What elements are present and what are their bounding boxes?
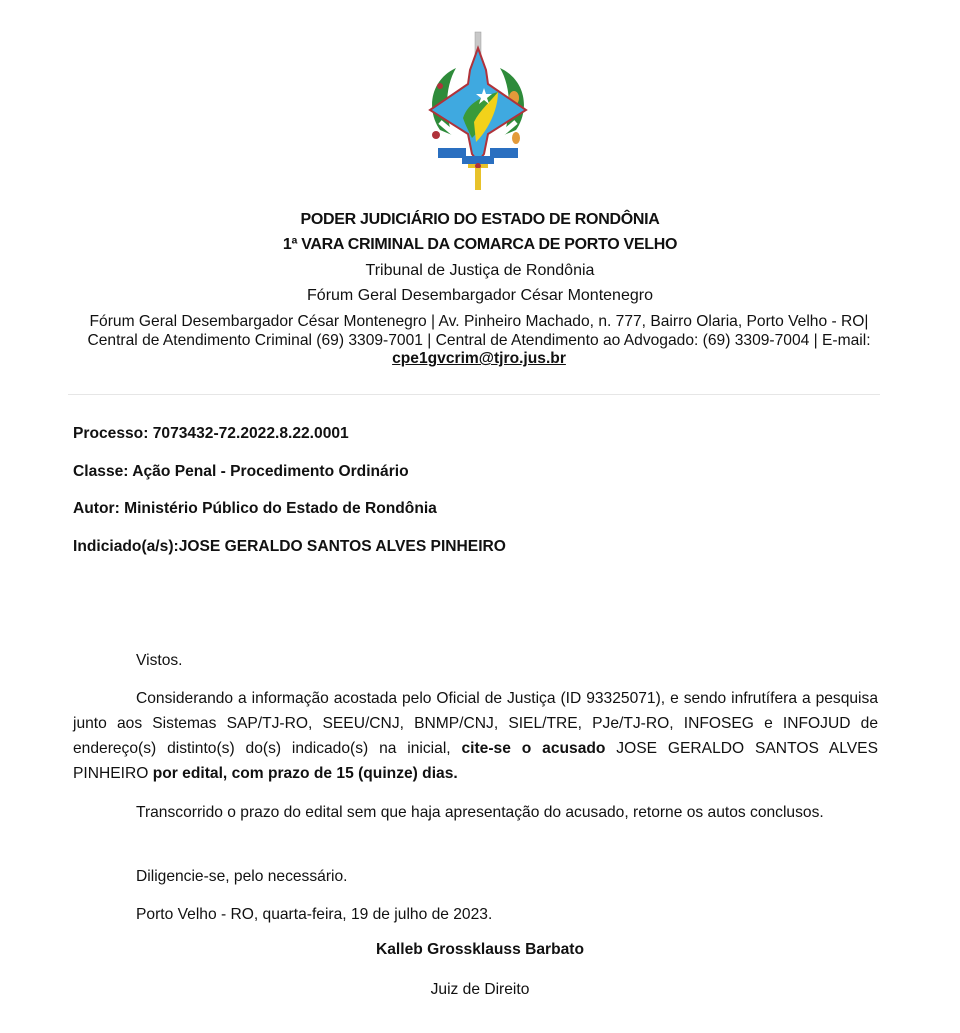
address-text: Fórum Geral Desembargador César Monteneg… [87, 313, 870, 349]
rondonia-coat-of-arms-icon [418, 30, 538, 195]
case-number: Processo: 7073432-72.2022.8.22.0001 [73, 425, 349, 443]
court-address: Fórum Geral Desembargador César Monteneg… [76, 313, 882, 369]
case-author: Autor: Ministério Público do Estado de R… [73, 500, 437, 518]
header-divider [68, 394, 880, 395]
judge-name: Kalleb Grossklauss Barbato [0, 941, 960, 959]
paragraph-diligencie: Diligencie-se, pelo necessário. [73, 864, 878, 889]
email-link[interactable]: cpe1gvcrim@tjro.jus.br [392, 350, 566, 367]
cite-order: cite-se o acusado [461, 740, 605, 757]
court-division: 1ª VARA CRIMINAL DA COMARCA DE PORTO VEL… [0, 236, 960, 254]
case-defendant: Indiciado(a/s):JOSE GERALDO SANTOS ALVES… [73, 538, 506, 556]
judge-title: Juiz de Direito [0, 981, 960, 999]
paragraph-transcorrido: Transcorrido o prazo do edital sem que h… [73, 800, 878, 825]
court-title: PODER JUDICIÁRIO DO ESTADO DE RONDÔNIA [0, 211, 960, 229]
paragraph-vistos: Vistos. [73, 648, 878, 673]
edital-term: por edital, com prazo de 15 (quinze) dia… [153, 765, 458, 782]
document-page: PODER JUDICIÁRIO DO ESTADO DE RONDÔNIA 1… [0, 0, 960, 1033]
case-class: Classe: Ação Penal - Procedimento Ordiná… [73, 463, 409, 481]
date-line: Porto Velho - RO, quarta-feira, 19 de ju… [73, 902, 878, 927]
paragraph-decision: Considerando a informação acostada pelo … [73, 686, 878, 786]
tribunal-name: Tribunal de Justiça de Rondônia [0, 262, 960, 280]
forum-name: Fórum Geral Desembargador César Monteneg… [0, 287, 960, 305]
